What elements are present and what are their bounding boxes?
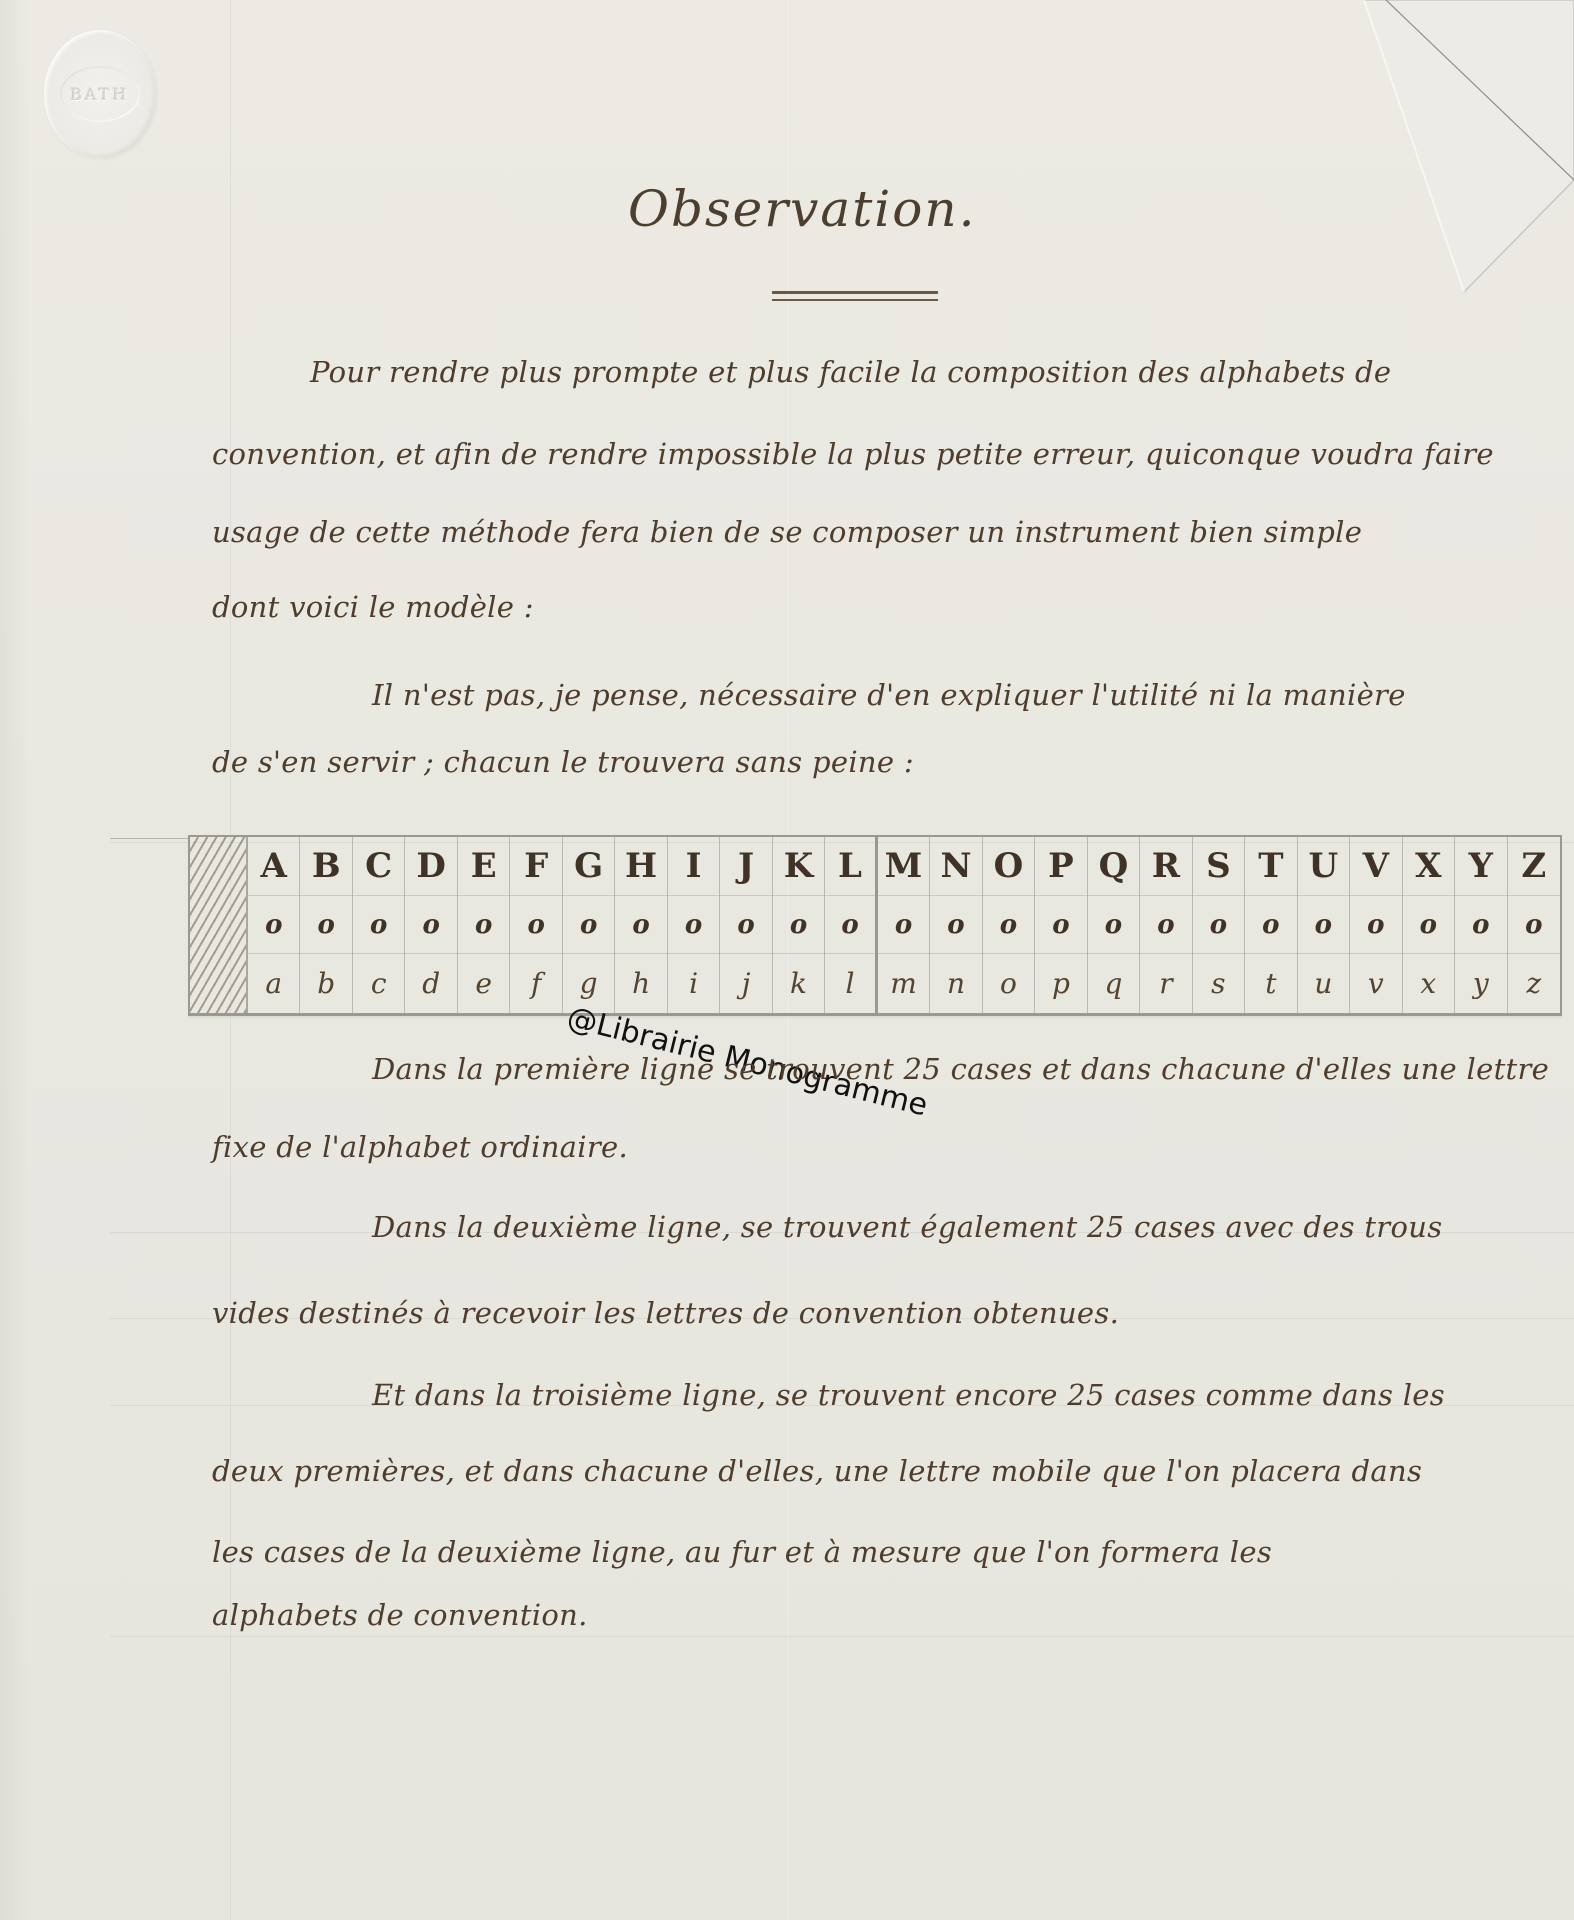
mobile-letter: n [947, 967, 965, 1000]
paragraph-1-line-2: convention, et afin de rendre impossible… [212, 437, 1494, 471]
mobile-letter: g [580, 967, 598, 1000]
hole: o [580, 910, 597, 940]
mobile-letter: o [1000, 967, 1017, 1000]
paragraph-5-line-1: Et dans la troisième ligne, se trouvent … [372, 1378, 1445, 1412]
fixed-letter: B [312, 846, 341, 886]
column-o: Ooo [983, 837, 1035, 1013]
column-t: Tot [1245, 837, 1297, 1013]
mobile-letter: t [1265, 967, 1276, 1000]
cipher-instrument-table: Aoa Bob Coc Dod Eoe Fof Gog Hoh Ioi Joj … [188, 835, 1562, 1016]
paragraph-3-line-2: fixe de l'alphabet ordinaire. [212, 1130, 628, 1164]
paragraph-5-line-3: les cases de la deuxième ligne, au fur e… [212, 1535, 1272, 1569]
column-f: Fof [510, 837, 562, 1013]
column-b: Bob [300, 837, 352, 1013]
column-s: Sos [1193, 837, 1245, 1013]
column-c: Coc [353, 837, 405, 1013]
column-q: Qoq [1088, 837, 1140, 1013]
seal-text: BATH [60, 66, 140, 122]
fixed-letter: Z [1521, 846, 1546, 886]
hole: o [475, 910, 492, 940]
fixed-letter: Q [1099, 846, 1129, 886]
page-title: Observation. [628, 180, 977, 238]
fixed-letter: E [471, 846, 497, 886]
fixed-letter: X [1415, 846, 1441, 886]
mobile-letter: x [1420, 967, 1436, 1000]
column-x: Xox [1403, 837, 1455, 1013]
hole: o [841, 910, 858, 940]
hole: o [895, 910, 912, 940]
hole: o [632, 910, 649, 940]
mobile-letter: y [1473, 967, 1489, 1000]
hole: o [423, 910, 440, 940]
paragraph-1-line-3: usage de cette méthode fera bien de se c… [212, 515, 1362, 549]
mobile-letter: j [742, 967, 751, 1000]
hole: o [1525, 910, 1542, 940]
mobile-letter: h [632, 967, 650, 1000]
ruling-line [110, 1636, 1574, 1637]
paragraph-4-line-1: Dans la deuxième ligne, se trouvent égal… [372, 1210, 1442, 1244]
paragraph-5-line-4: alphabets de convention. [212, 1598, 588, 1632]
column-u: Uou [1298, 837, 1350, 1013]
hole: o [685, 910, 702, 940]
hole: o [1052, 910, 1069, 940]
fixed-letter: I [686, 846, 702, 886]
fixed-letter: G [574, 846, 603, 886]
hole: o [1367, 910, 1384, 940]
fixed-letter: J [738, 846, 754, 886]
hole: o [527, 910, 544, 940]
column-k: Kok [773, 837, 825, 1013]
instrument-grid: Aoa Bob Coc Dod Eoe Fof Gog Hoh Ioi Joj … [248, 837, 1560, 1013]
paragraph-2-line-2: de s'en servir ; chacun le trouvera sans… [212, 745, 914, 779]
mobile-letter: r [1159, 967, 1172, 1000]
mobile-letter: i [689, 967, 698, 1000]
hole: o [370, 910, 387, 940]
column-d: Dod [405, 837, 457, 1013]
title-underline [772, 291, 938, 294]
mobile-letter: m [890, 967, 917, 1000]
mobile-letter: v [1368, 967, 1384, 1000]
mobile-letter: a [265, 967, 282, 1000]
paragraph-1-line-1: Pour rendre plus prompte et plus facile … [310, 355, 1391, 389]
fixed-letter: D [416, 846, 445, 886]
fixed-letter: P [1048, 846, 1074, 886]
column-v: Vov [1350, 837, 1402, 1013]
paragraph-1-line-4: dont voici le modèle : [212, 590, 534, 624]
fixed-letter: V [1363, 846, 1389, 886]
column-e: Eoe [458, 837, 510, 1013]
column-g: Gog [563, 837, 615, 1013]
hole: o [1472, 910, 1489, 940]
hole: o [1105, 910, 1122, 940]
hole: o [1420, 910, 1437, 940]
column-p: Pop [1035, 837, 1087, 1013]
fixed-letter: U [1309, 846, 1339, 886]
manuscript-page: BATH Observation. Pour rendre plus promp… [0, 0, 1574, 1920]
column-i: Ioi [668, 837, 720, 1013]
fixed-letter: M [885, 846, 923, 886]
paragraph-4-line-2: vides destinés à recevoir les lettres de… [212, 1296, 1119, 1330]
mobile-letter: f [531, 967, 541, 1000]
fixed-letter: R [1152, 846, 1180, 886]
column-y: Yoy [1455, 837, 1507, 1013]
column-m: Mom [878, 837, 930, 1013]
hole: o [1262, 910, 1279, 940]
column-r: Ror [1140, 837, 1192, 1013]
hole: o [947, 910, 964, 940]
hole: o [318, 910, 335, 940]
column-l: Lol [825, 837, 877, 1013]
mobile-letter: b [317, 967, 335, 1000]
fixed-letter: O [994, 846, 1024, 886]
embossed-seal: BATH [44, 30, 156, 158]
hole: o [1000, 910, 1017, 940]
fixed-letter: F [524, 846, 548, 886]
mobile-letter: s [1211, 967, 1225, 1000]
column-z: Zoz [1508, 837, 1560, 1013]
mobile-letter: l [846, 967, 855, 1000]
fixed-letter: Y [1469, 846, 1493, 886]
fixed-letter: A [261, 846, 287, 886]
paragraph-2-line-1: Il n'est pas, je pense, nécessaire d'en … [372, 678, 1406, 712]
hole: o [790, 910, 807, 940]
column-j: Joj [720, 837, 772, 1013]
hole: o [1157, 910, 1174, 940]
fixed-letter: C [365, 846, 392, 886]
paragraph-3-line-1: Dans la première ligne se trouvent 25 ca… [372, 1052, 1549, 1086]
fixed-letter: H [625, 846, 657, 886]
column-a: Aoa [248, 837, 300, 1013]
mobile-letter: u [1314, 967, 1332, 1000]
mobile-letter: q [1104, 967, 1122, 1000]
hatched-handle [190, 837, 248, 1013]
fixed-letter: T [1258, 846, 1283, 886]
column-n: Non [930, 837, 982, 1013]
paragraph-5-line-2: deux premières, et dans chacune d'elles,… [212, 1454, 1422, 1488]
mobile-letter: d [422, 967, 440, 1000]
mobile-letter: c [371, 967, 387, 1000]
hole: o [737, 910, 754, 940]
mobile-letter: e [475, 967, 492, 1000]
title-underline [772, 299, 938, 301]
mobile-letter: z [1526, 967, 1541, 1000]
fixed-letter: K [784, 846, 814, 886]
mobile-letter: k [790, 967, 807, 1000]
column-h: Hoh [615, 837, 667, 1013]
fixed-letter: N [940, 846, 971, 886]
hole: o [1315, 910, 1332, 940]
hole: o [1210, 910, 1227, 940]
mobile-letter: p [1052, 967, 1070, 1000]
fixed-letter: L [838, 846, 862, 886]
ruling-line [110, 838, 190, 839]
fixed-letter: S [1206, 846, 1231, 886]
hole: o [265, 910, 282, 940]
